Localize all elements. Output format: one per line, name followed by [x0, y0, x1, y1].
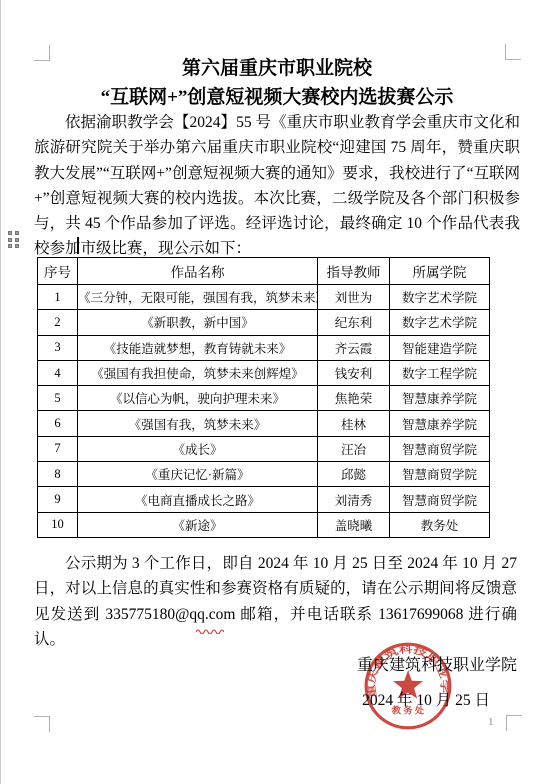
- text-boundary-mark-bottom-left: [34, 716, 50, 732]
- handle-dot: [8, 238, 12, 242]
- header-index: 序号: [38, 258, 78, 285]
- table-row: 9 《电商直播成长之路》 刘清秀 智慧商贸学院: [38, 487, 490, 512]
- cell-work-title: 《新途》: [78, 512, 318, 537]
- cell-index: 1: [38, 285, 78, 310]
- cell-advisor: 盖晓曦: [318, 512, 390, 537]
- cell-advisor: 邱懿: [318, 462, 390, 487]
- document-page: { "document": { "title_line1": "第六届重庆市职业…: [0, 0, 554, 784]
- cell-college: 智慧商贸学院: [390, 436, 490, 461]
- cell-work-title: 《技能造就梦想，教育铸就未来》: [78, 335, 318, 360]
- table-row: 4 《强国有我担使命，筑梦未来创辉煌》 钱安利 数字工程学院: [38, 360, 490, 385]
- handle-dot: [15, 238, 19, 242]
- table-row: 1 《三分钟，无限可能，强国有我，筑梦未来》 刘世为 数字艺术学院: [38, 285, 490, 310]
- header-work-title: 作品名称: [78, 258, 318, 285]
- cell-college: 教务处: [390, 512, 490, 537]
- header-advisor: 指导教师: [318, 258, 390, 285]
- cell-index: 9: [38, 487, 78, 512]
- cell-index: 5: [38, 386, 78, 411]
- cell-work-title: 《重庆记忆·新篇》: [78, 462, 318, 487]
- cell-index: 6: [38, 411, 78, 436]
- cell-advisor: 刘清秀: [318, 487, 390, 512]
- handle-dot: [15, 231, 19, 235]
- works-table: 序号 作品名称 指导教师 所属学院 1 《三分钟，无限可能，强国有我，筑梦未来》…: [37, 257, 490, 538]
- cell-advisor: 齐云霞: [318, 335, 390, 360]
- cell-advisor: 汪冶: [318, 436, 390, 461]
- cell-advisor: 纪东利: [318, 310, 390, 335]
- table-row: 6 《强国有我，筑梦未来》 桂林 智慧康养学院: [38, 411, 490, 436]
- table-row: 8 《重庆记忆·新篇》 邱懿 智慧商贸学院: [38, 462, 490, 487]
- document-title-line2: “互联网+”创意短视频大赛校内选拔赛公示: [0, 85, 554, 111]
- page-left-edge: [0, 0, 1, 784]
- cell-advisor: 焦艳荣: [318, 386, 390, 411]
- cell-index: 4: [38, 360, 78, 385]
- cell-advisor: 刘世为: [318, 285, 390, 310]
- cell-college: 智慧商贸学院: [390, 462, 490, 487]
- cell-college: 数字艺术学院: [390, 285, 490, 310]
- cell-index: 2: [38, 310, 78, 335]
- cell-college: 智慧康养学院: [390, 386, 490, 411]
- text-boundary-mark-bottom-right: [506, 715, 522, 731]
- cell-work-title: 《电商直播成长之路》: [78, 487, 318, 512]
- spellcheck-squiggle: [196, 629, 224, 634]
- cell-college: 数字工程学院: [390, 360, 490, 385]
- cell-work-title: 《新职教，新中国》: [78, 310, 318, 335]
- cell-college: 智慧商贸学院: [390, 487, 490, 512]
- cell-index: 7: [38, 436, 78, 461]
- table-row: 10 《新途》 盖晓曦 教务处: [38, 512, 490, 537]
- cell-college: 智能建造学院: [390, 335, 490, 360]
- cell-college: 智慧康养学院: [390, 411, 490, 436]
- cell-work-title: 《强国有我，筑梦未来》: [78, 411, 318, 436]
- table-header-row: 序号 作品名称 指导教师 所属学院: [38, 258, 490, 285]
- table-row: 2 《新职教，新中国》 纪东利 数字艺术学院: [38, 310, 490, 335]
- handle-dot: [8, 231, 12, 235]
- text-cursor: [77, 237, 79, 254]
- table-row: 7 《成长》 汪冶 智慧商贸学院: [38, 436, 490, 461]
- table-row: 3 《技能造就梦想，教育铸就未来》 齐云霞 智能建造学院: [38, 335, 490, 360]
- intro-paragraph: 依据渝职教学会【2024】55 号《重庆市职业教育学会重庆市文化和旅游研究院关于…: [34, 110, 520, 262]
- cell-advisor: 桂林: [318, 411, 390, 436]
- cell-index: 10: [38, 512, 78, 537]
- signature-date: 2024 年 10 月 25 日: [34, 688, 517, 710]
- page-number: 1: [488, 716, 494, 728]
- cell-index: 3: [38, 335, 78, 360]
- table-row: 5 《以信心为帆，驶向护理未来》 焦艳荣 智慧康养学院: [38, 386, 490, 411]
- cell-work-title: 《强国有我担使命，筑梦未来创辉煌》: [78, 360, 318, 385]
- cell-advisor: 钱安利: [318, 360, 390, 385]
- notice-period-paragraph: 公示期为 3 个工作日，即自 2024 年 10 月 25 日至 2024 年 …: [34, 551, 517, 652]
- document-title-line1: 第六届重庆市职业院校: [0, 56, 554, 82]
- cell-index: 8: [38, 462, 78, 487]
- header-college: 所属学院: [390, 258, 490, 285]
- cell-work-title: 《以信心为帆，驶向护理未来》: [78, 386, 318, 411]
- cell-work-title: 《成长》: [78, 436, 318, 461]
- cell-college: 数字艺术学院: [390, 310, 490, 335]
- table-move-handle[interactable]: [8, 231, 21, 250]
- cell-work-title: 《三分钟，无限可能，强国有我，筑梦未来》: [78, 285, 318, 310]
- handle-dot: [15, 244, 19, 248]
- signature-organization: 重庆建筑科技职业学院: [34, 652, 517, 675]
- handle-dot: [8, 244, 12, 248]
